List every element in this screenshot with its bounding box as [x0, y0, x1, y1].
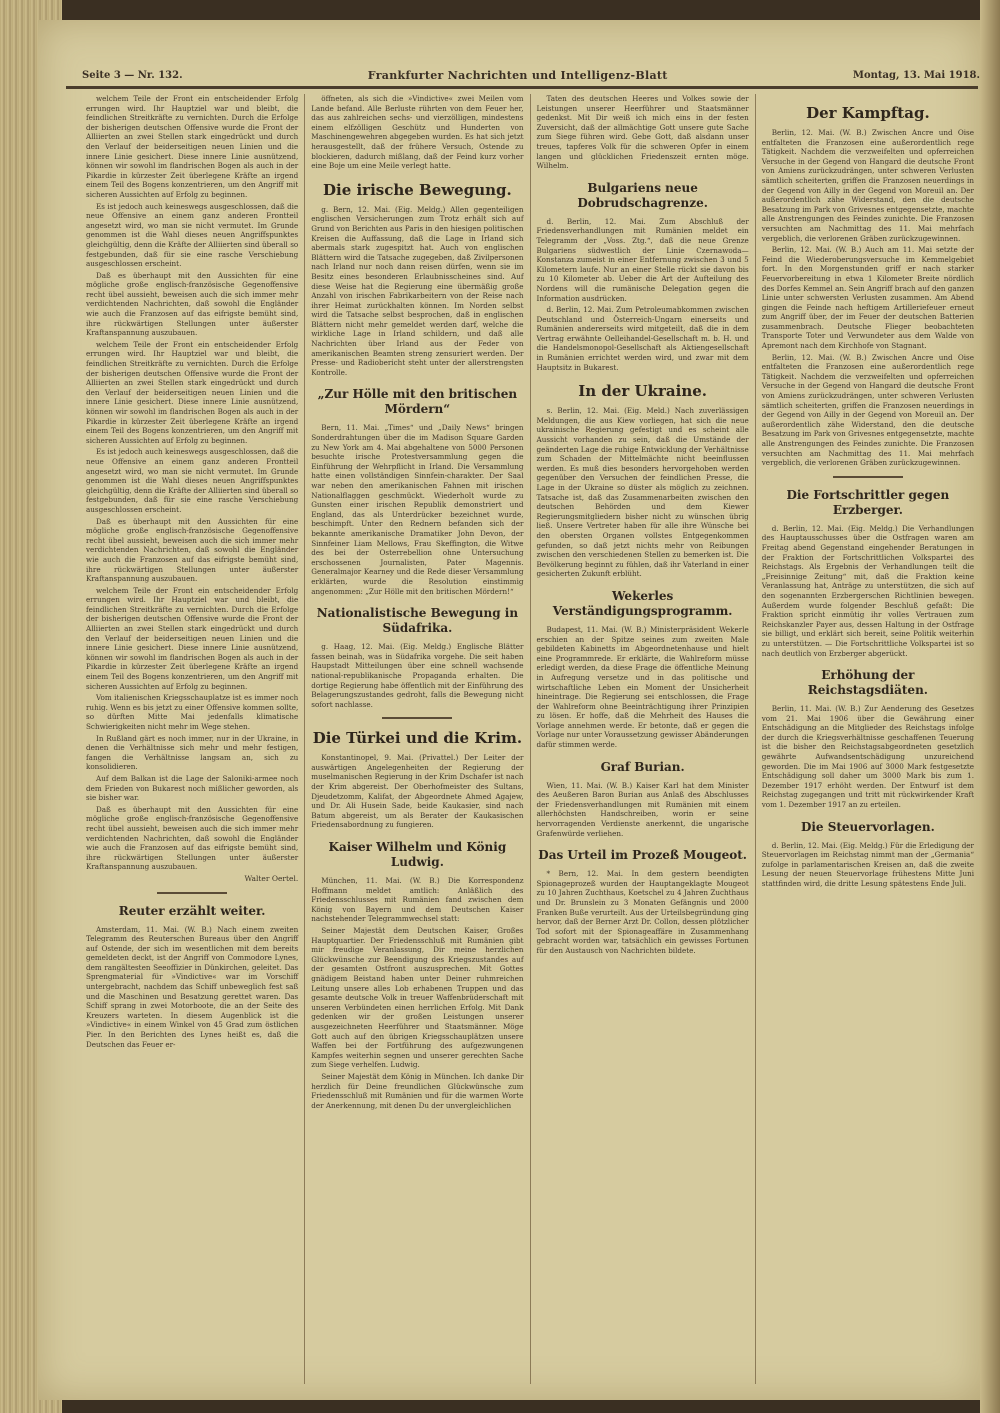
- article-bulgaria: Bulgariens neue Dobrudschagrenze. d. Ber…: [537, 181, 749, 373]
- article-divider: [382, 717, 452, 719]
- article-continuation: welchem Teile der Front ein entscheidend…: [86, 94, 298, 884]
- article-reuter: Reuter erzählt weiter. Amsterdam, 11. Ma…: [86, 904, 298, 1050]
- headline: Die Steuervorlagen.: [762, 820, 974, 835]
- paragraph: Daß es überhaupt mit den Aussichten für …: [86, 271, 298, 338]
- article-turkey-crimea: Die Türkei und die Krim. Konstantinopel,…: [311, 729, 523, 830]
- paragraph: welchem Teile der Front ein entscheidend…: [86, 94, 298, 200]
- paragraph: München, 11. Mai. (W. B.) Die Korrespond…: [311, 876, 523, 924]
- paragraph: Es ist jedoch auch keineswegs ausgeschlo…: [86, 447, 298, 514]
- paragraph: welchem Teile der Front ein entscheidend…: [86, 586, 298, 692]
- paragraph: Wien, 11. Mai. (W. B.) Kaiser Karl hat d…: [537, 781, 749, 839]
- paragraph: Vom italienischen Kriegsschauplatze ist …: [86, 693, 298, 731]
- paragraph: Auf dem Balkan ist die Lage der Saloniki…: [86, 774, 298, 803]
- headline: In der Ukraine.: [537, 382, 749, 400]
- paragraph: Daß es überhaupt mit den Aussichten für …: [86, 805, 298, 872]
- article-burian: Graf Burian. Wien, 11. Mai. (W. B.) Kais…: [537, 760, 749, 839]
- article-british-murderers: „Zur Hölle mit den britischen Mördern“ B…: [311, 387, 523, 596]
- headline: Graf Burian.: [537, 760, 749, 775]
- article-wekerle: Wekerles Verständigungsprogramm. Budapes…: [537, 589, 749, 750]
- paragraph: Berlin, 11. Mai. (W. B.) Zur Aenderung d…: [762, 704, 974, 810]
- paragraph: * Bern, 12. Mai. In dem gestern beendigt…: [537, 869, 749, 955]
- binding-edge: [980, 0, 1000, 1413]
- paragraph: Bern, 11. Mai. „Times“ und „Daily News“ …: [311, 423, 523, 596]
- article-ukraine: In der Ukraine. s. Berlin, 12. Mai. (Eig…: [537, 382, 749, 579]
- paragraph: d. Berlin, 12. Mai. (Eig. Meldg.) Die Ve…: [762, 524, 974, 658]
- masthead-rule: [66, 86, 978, 89]
- paragraph: Berlin, 12. Mai. (W. B.) Zwischen Ancre …: [762, 353, 974, 468]
- author-signature: Walter Oertel.: [86, 874, 298, 884]
- article-kaiser-ludwig: Kaiser Wilhelm und König Ludwig. München…: [311, 840, 523, 1110]
- headline: Die irische Bewegung.: [311, 181, 523, 199]
- paragraph: g. Haag, 12. Mai. (Eig. Meldg.) Englisch…: [311, 642, 523, 709]
- paragraph: Daß es überhaupt mit den Aussichten für …: [86, 517, 298, 584]
- paragraph: Berlin, 12. Mai. (W. B.) Auch am 11. Mai…: [762, 245, 974, 351]
- headline: Die Fortschrittler gegen Erzberger.: [762, 488, 974, 518]
- columns: welchem Teile der Front ein entscheidend…: [80, 94, 980, 1384]
- headline: Bulgariens neue Dobrudschagrenze.: [537, 181, 749, 211]
- article-south-africa: Nationalistische Bewegung in Südafrika. …: [311, 606, 523, 709]
- paragraph: d. Berlin, 12. Mai. (Eig. Meldg.) Für di…: [762, 841, 974, 889]
- paragraph: Taten des deutschen Heeres und Volkes so…: [537, 94, 749, 171]
- masthead: Seite 3 — Nr. 132. Frankfurter Nachricht…: [82, 64, 980, 86]
- paragraph: s. Berlin, 12. Mai. (Eig. Meld.) Nach zu…: [537, 406, 749, 579]
- page-number: Seite 3 — Nr. 132.: [82, 70, 183, 81]
- article-divider: [157, 892, 227, 894]
- column-1: welchem Teile der Front ein entscheidend…: [80, 94, 305, 1384]
- newspaper-title: Frankfurter Nachrichten und Intelligenz-…: [368, 69, 668, 82]
- headline: Das Urteil im Prozeß Mougeot.: [537, 848, 749, 863]
- column-2: öffneten, als sich die »Vindictive« zwei…: [305, 94, 530, 1384]
- article-kampftag: Der Kampftag. Berlin, 12. Mai. (W. B.) Z…: [762, 104, 974, 468]
- paragraph: Amsterdam, 11. Mai. (W. B.) Nach einem z…: [86, 925, 298, 1050]
- headline: Nationalistische Bewegung in Südafrika.: [311, 606, 523, 636]
- paragraph: Budapest, 11. Mai. (W. B.) Ministerpräsi…: [537, 625, 749, 750]
- paragraph: g. Bern, 12. Mai. (Eig. Meldg.) Allen ge…: [311, 205, 523, 378]
- paragraph: öffneten, als sich die »Vindictive« zwei…: [311, 94, 523, 171]
- headline: Erhöhung der Reichstagsdiäten.: [762, 668, 974, 698]
- column-4: Der Kampftag. Berlin, 12. Mai. (W. B.) Z…: [756, 94, 980, 1384]
- headline: Der Kampftag.: [762, 104, 974, 122]
- paragraph: Seiner Majestät dem König in München. Ic…: [311, 1072, 523, 1110]
- article-irish-movement: Die irische Bewegung. g. Bern, 12. Mai. …: [311, 181, 523, 378]
- issue-date: Montag, 13. Mai 1918.: [853, 70, 980, 81]
- article-mougeot: Das Urteil im Prozeß Mougeot. * Bern, 12…: [537, 848, 749, 955]
- article-divider: [833, 476, 903, 478]
- column-3: Taten des deutschen Heeres und Volkes so…: [531, 94, 756, 1384]
- paragraph: Seiner Majestät dem Deutschen Kaiser, Gr…: [311, 926, 523, 1070]
- paragraph: In Rußland gärt es noch immer, nur in de…: [86, 734, 298, 772]
- paragraph: Konstantinopel, 9. Mai. (Privattel.) Der…: [311, 753, 523, 830]
- article-steuervorlagen: Die Steuervorlagen. d. Berlin, 12. Mai. …: [762, 820, 974, 889]
- headline: „Zur Hölle mit den britischen Mördern“: [311, 387, 523, 417]
- headline: Wekerles Verständigungsprogramm.: [537, 589, 749, 619]
- paragraph: Es ist jedoch auch keineswegs ausgeschlo…: [86, 202, 298, 269]
- paragraph: Berlin, 12. Mai. (W. B.) Zwischen Ancre …: [762, 128, 974, 243]
- headline: Kaiser Wilhelm und König Ludwig.: [311, 840, 523, 870]
- article-diaeten: Erhöhung der Reichstagsdiäten. Berlin, 1…: [762, 668, 974, 810]
- paragraph: d. Berlin, 12. Mai. Zum Petroleumabkomme…: [537, 305, 749, 372]
- newspaper-page: Seite 3 — Nr. 132. Frankfurter Nachricht…: [38, 20, 980, 1400]
- paragraph: d. Berlin, 12. Mai. Zum Abschluß der Fri…: [537, 217, 749, 303]
- headline: Die Türkei und die Krim.: [311, 729, 523, 747]
- headline: Reuter erzählt weiter.: [86, 904, 298, 919]
- article-fortschrittler: Die Fortschrittler gegen Erzberger. d. B…: [762, 488, 974, 658]
- paragraph: welchem Teile der Front ein entscheidend…: [86, 340, 298, 446]
